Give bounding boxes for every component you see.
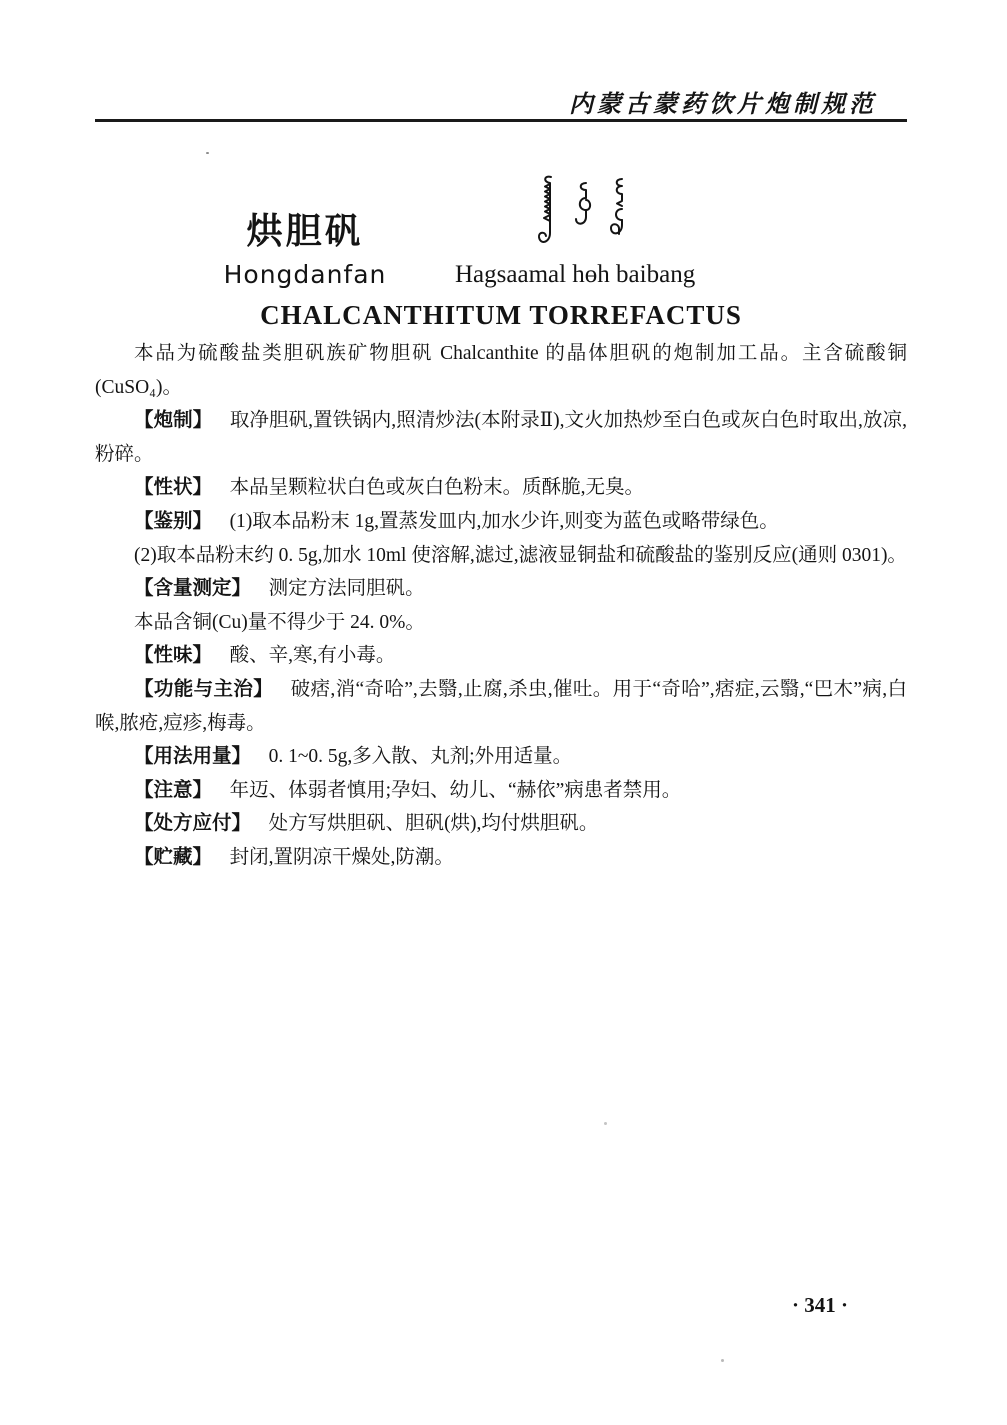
scan-speck — [721, 1359, 724, 1362]
scanned-page: 内蒙古蒙药饮片炮制规范 烘胆矾 — [0, 0, 1007, 1425]
mongolian-word-1-icon — [537, 172, 559, 252]
section-label: 【功能与主治】 — [134, 678, 273, 700]
section-label: 【炮制】 — [134, 409, 212, 431]
mongolian-word-2-icon — [574, 179, 594, 233]
section-label: 【注意】 — [134, 779, 212, 801]
section-text: (1)取本品粉末 1g,置蒸发皿内,加水少许,则变为蓝色或略带绿色。 — [230, 511, 779, 532]
mongolian-script-icon — [537, 172, 657, 252]
section-text: 取净胆矾,置铁锅内,照清炒法(本附录Ⅱ),文火加热炒至白色或灰白色时取出,放凉,… — [95, 410, 907, 465]
section-text: 酸、辛,寒,有小毒。 — [230, 645, 396, 666]
monograph-paragraph: 本品含铜(Cu)量不得少于 24. 0%。 — [95, 606, 907, 640]
section-text: 本品为硫酸盐类胆矾族矿物胆矾 Chalcanthite 的晶体胆矾的炮制加工品。… — [95, 343, 907, 398]
section-text: 测定方法同胆矾。 — [269, 578, 425, 599]
header-rule — [95, 119, 907, 122]
monograph-paragraph: 【用法用量】0. 1~0. 5g,多入散、丸剂;外用适量。 — [95, 740, 907, 774]
scan-speck — [206, 152, 209, 154]
section-label: 【处方应付】 — [134, 812, 251, 834]
latin-title: CHALCANTHITUM TORREFACTUS — [95, 300, 907, 331]
page-number: · 341 · — [760, 1293, 880, 1318]
section-label: 【鉴别】 — [134, 510, 212, 532]
monograph-paragraph: 【含量测定】测定方法同胆矾。 — [95, 572, 907, 606]
section-label: 【用法用量】 — [134, 745, 251, 767]
monograph-paragraph: (2)取本品粉末约 0. 5g,加水 10ml 使溶解,滤过,滤液显铜盐和硫酸盐… — [95, 539, 907, 573]
section-text: (2)取本品粉末约 0. 5g,加水 10ml 使溶解,滤过,滤液显铜盐和硫酸盐… — [134, 545, 907, 566]
monograph-paragraph: 【性味】酸、辛,寒,有小毒。 — [95, 639, 907, 673]
section-text: 年迈、体弱者慎用;孕妇、幼儿、“赫依”病患者禁用。 — [230, 780, 682, 801]
monograph-paragraph: 【性状】本品呈颗粒状白色或灰白色粉末。质酥脆,无臭。 — [95, 471, 907, 505]
chinese-title: 烘胆矾 — [215, 203, 395, 254]
monograph-paragraph: 【处方应付】处方写烘胆矾、胆矾(烘),均付烘胆矾。 — [95, 807, 907, 841]
section-label: 【含量测定】 — [134, 577, 251, 599]
section-text: 本品含铜(Cu)量不得少于 24. 0%。 — [134, 612, 425, 633]
monograph-paragraph: 【鉴别】(1)取本品粉末 1g,置蒸发皿内,加水少许,则变为蓝色或略带绿色。 — [95, 505, 907, 539]
monograph-paragraph: 【功能与主治】破痞,消“奇哈”,去翳,止腐,杀虫,催吐。用于“奇哈”,痞症,云翳… — [95, 673, 907, 740]
monograph-paragraph: 【贮藏】封闭,置阴凉干燥处,防潮。 — [95, 841, 907, 875]
pinyin-title: Hongdanfan — [215, 260, 395, 289]
monograph-paragraph: 【炮制】取净胆矾,置铁锅内,照清炒法(本附录Ⅱ),文火加热炒至白色或灰白色时取出… — [95, 404, 907, 471]
monograph-paragraph: 【注意】年迈、体弱者慎用;孕妇、幼儿、“赫依”病患者禁用。 — [95, 774, 907, 808]
section-text: 本品呈颗粒状白色或灰白色粉末。质酥脆,无臭。 — [230, 477, 644, 498]
monograph-paragraph: 本品为硫酸盐类胆矾族矿物胆矾 Chalcanthite 的晶体胆矾的炮制加工品。… — [95, 337, 907, 404]
running-header: 内蒙古蒙药饮片炮制规范 — [95, 84, 877, 119]
section-text: 封闭,置阴凉干燥处,防潮。 — [230, 847, 454, 868]
section-label: 【性状】 — [134, 476, 212, 498]
section-text: 处方写烘胆矾、胆矾(烘),均付烘胆矾。 — [269, 813, 599, 834]
scan-speck — [604, 1122, 607, 1125]
monograph-body: 本品为硫酸盐类胆矾族矿物胆矾 Chalcanthite 的晶体胆矾的炮制加工品。… — [95, 337, 907, 875]
section-text: 0. 1~0. 5g,多入散、丸剂;外用适量。 — [269, 746, 573, 767]
section-label: 【贮藏】 — [134, 846, 212, 868]
section-label: 【性味】 — [134, 644, 212, 666]
mongolian-word-3-icon — [609, 175, 631, 243]
mongolian-transliteration: Hagsaamal hөh baibang — [455, 261, 695, 289]
